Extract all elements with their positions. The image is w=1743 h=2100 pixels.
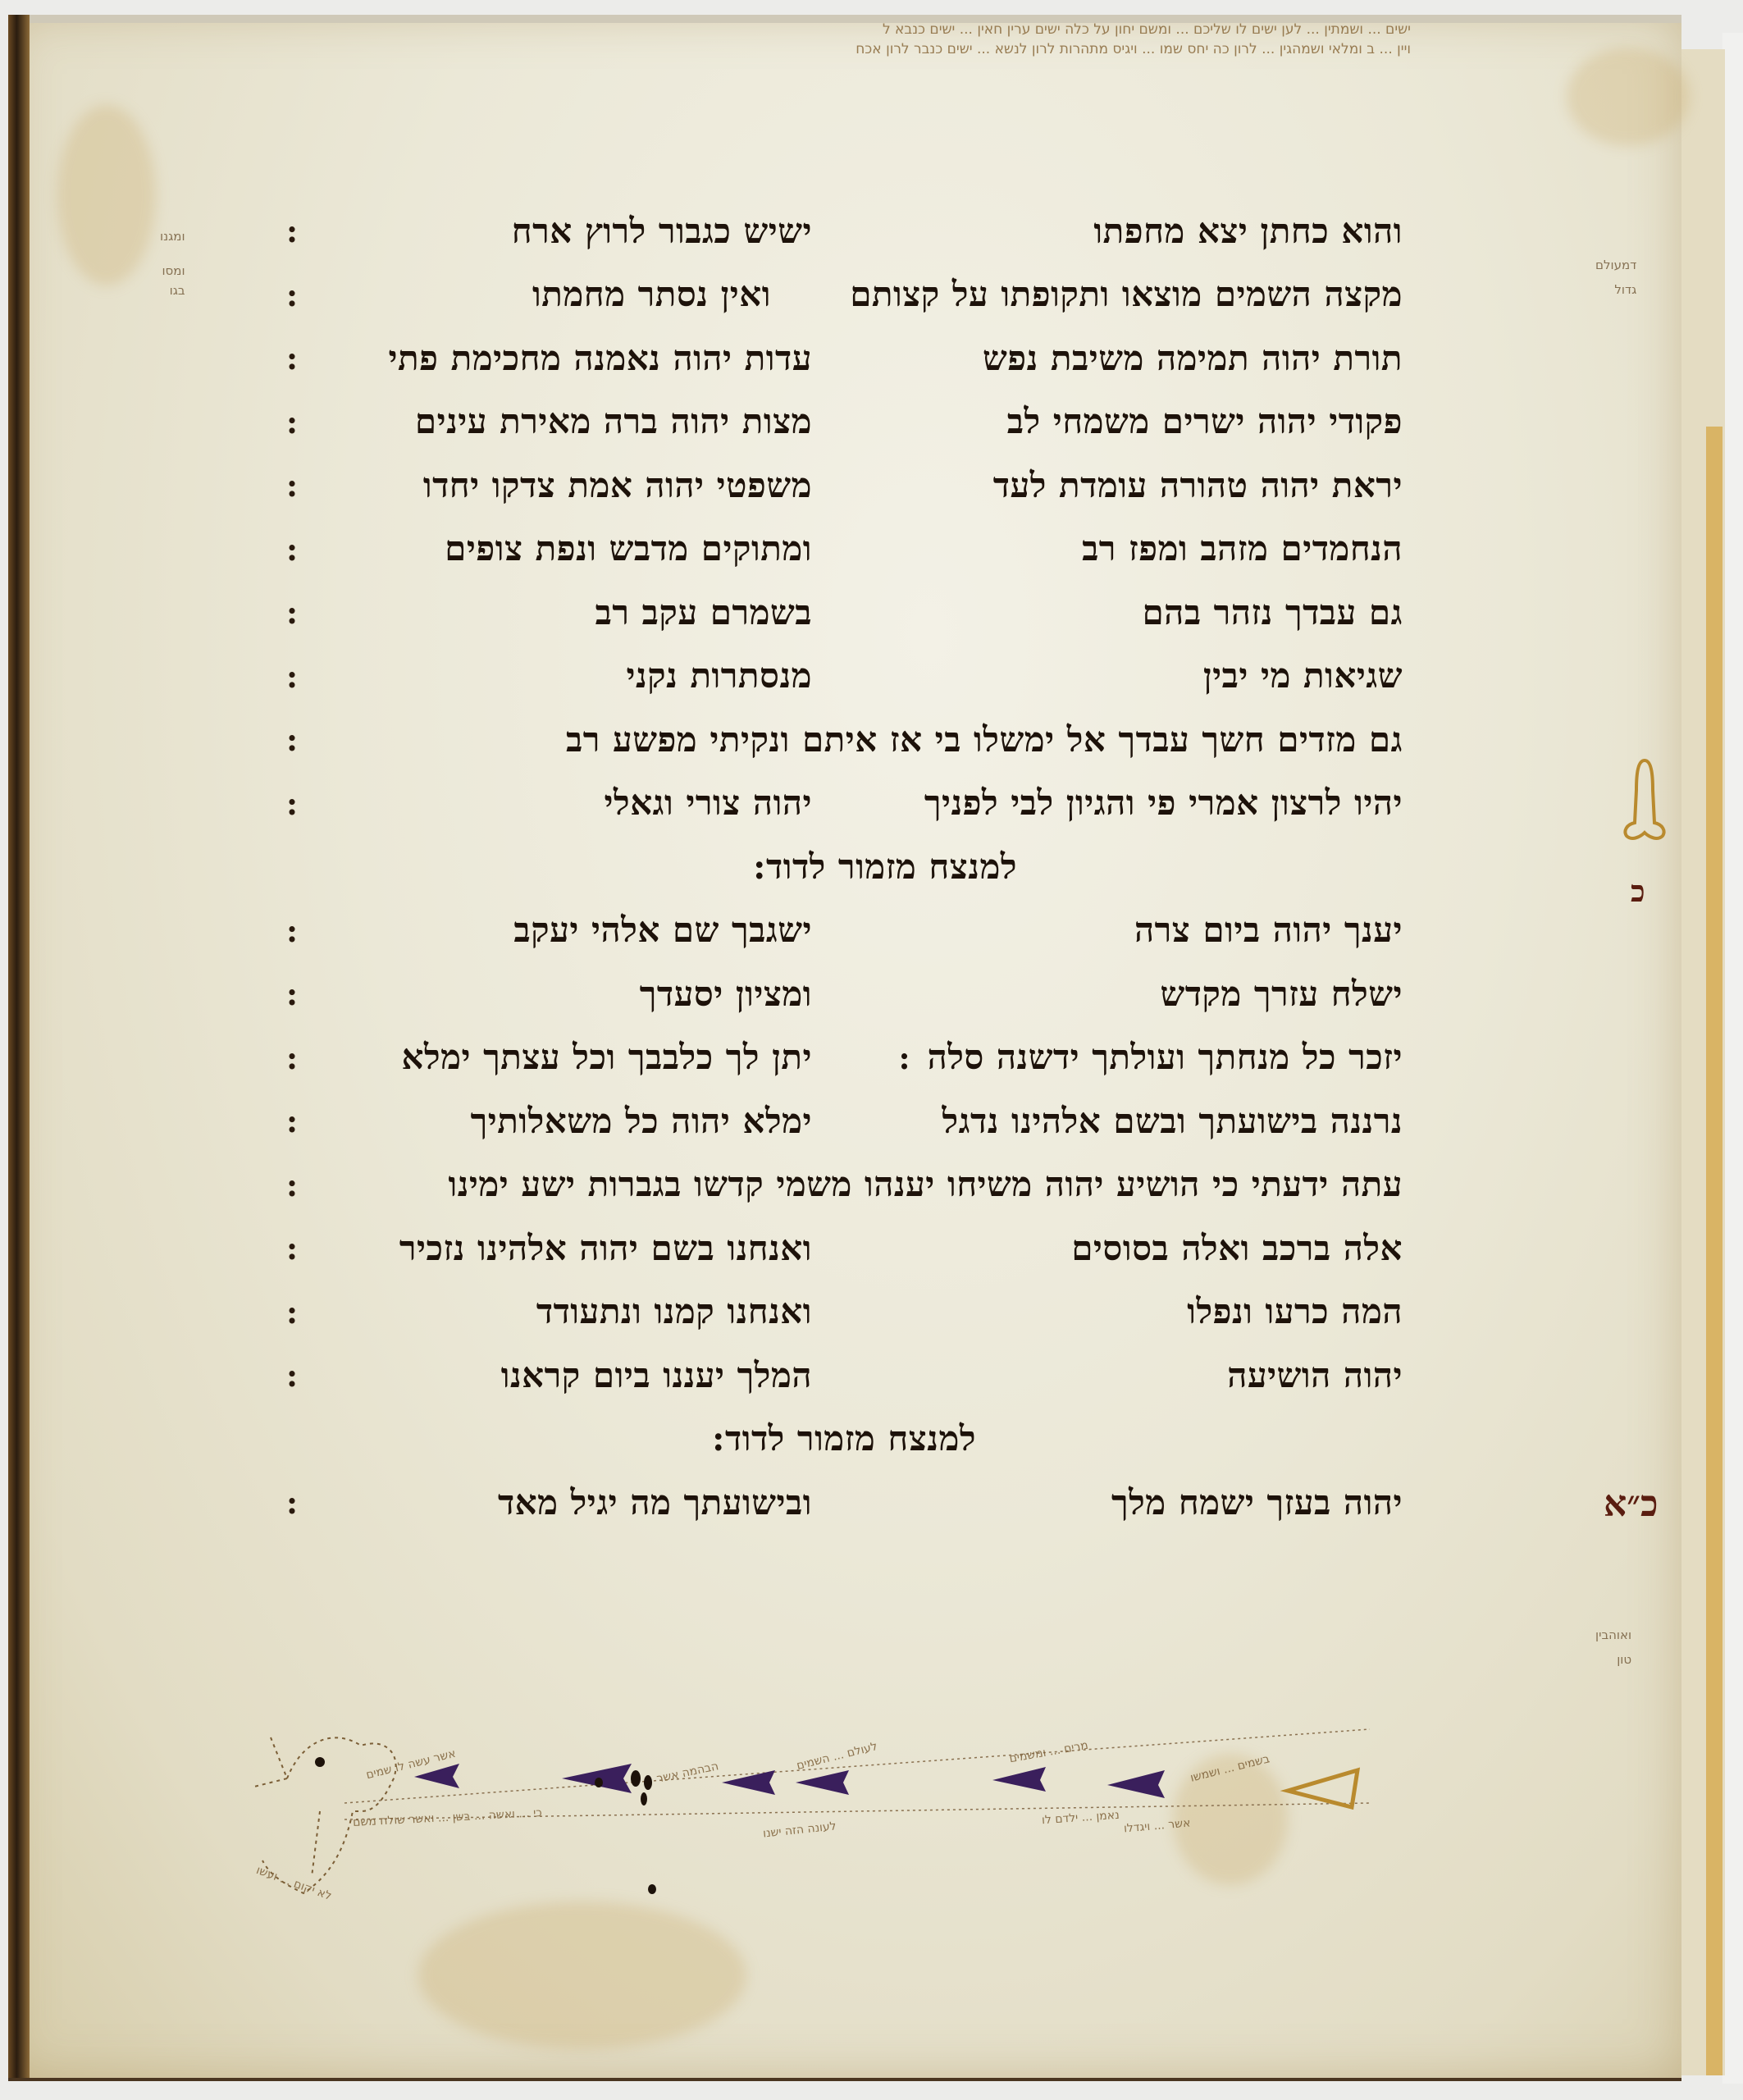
verse-hemistich-right: יענך יהוה ביום צרה: [1134, 910, 1403, 951]
psalm-heading: למנצח מזמור לדוד:: [291, 1408, 1403, 1472]
verse-hemistich-left: בשמרם עקב רב: [595, 592, 812, 633]
verse-hemistich-left: מצות יהוה ברה מאירת עינים: [415, 401, 812, 442]
verse-hemistich-left: ובישועתך מה יגיל מאד: [498, 1482, 812, 1523]
margin-note: גדול: [1595, 277, 1636, 302]
verse-hemistich-left: מנסתרות נקני: [627, 655, 812, 696]
sof-pasuq: :: [286, 721, 299, 758]
verse-hemistich-right: יהוה בעזך ישמח מלך: [1111, 1482, 1403, 1523]
sof-pasuq: :: [286, 531, 299, 568]
gold-psalm-ornament-icon: [1620, 757, 1669, 856]
psalm-title: למנצח מזמור לדוד:: [753, 847, 1017, 888]
margin-note: טון: [1595, 1647, 1631, 1672]
verse-line: והוא כחתן יצא מחפתו ישיש כגבור לרוץ ארח …: [291, 199, 1403, 263]
sof-pasuq: :: [286, 1039, 299, 1076]
psalm-number-20: כ: [1631, 874, 1645, 909]
verse-hemistich-right: ישלח עזרך מקדש: [1160, 974, 1403, 1015]
verse-line: יזכר כל מנחתך ועולתך ידשנה סלה : יתן לך …: [291, 1026, 1403, 1090]
page-edge-gilt: [1706, 427, 1722, 2075]
verse-hemistich-left: יתן לך כלבבך וכל עצתך ימלא: [402, 1037, 812, 1078]
binding-spine: [8, 15, 30, 2078]
sof-pasuq: :: [286, 467, 299, 504]
masorah-parva-right-upper: דמעולם גדול: [1595, 253, 1636, 302]
masorah-line: ישים ... ושמתין ... לען ישים לו שליכם ..…: [303, 20, 1411, 39]
verse-hemistich-left: ישגבך שם אלהי יעקב: [513, 910, 812, 951]
verse-full-line: גם מזדים חשך עבדך אל ימשלו בי אז איתם ונ…: [566, 719, 1403, 760]
verse-hemistich-left: ואנחנו בשם יהוה אלהינו נזכיר: [399, 1228, 812, 1269]
background-right: [1722, 33, 1743, 2084]
verse-hemistich-right: יראת יהוה טהורה עומדת לעד: [993, 465, 1403, 506]
verse-line: יהוה בעזך ישמח מלך ובישועתך מה יגיל מאד …: [291, 1471, 1403, 1535]
verse-hemistich-left: ואין נסתר מחמתו: [532, 274, 771, 315]
verse-hemistich-left: יהוה צורי וגאלי: [605, 783, 812, 824]
sof-pasuq: :: [286, 1166, 299, 1203]
sof-pasuq: :: [286, 1294, 299, 1331]
masorah-line: ויין ... ב ומלאי ושמהגין ... לרון כה יחס…: [303, 39, 1411, 59]
main-text-block: והוא כחתן יצא מחפתו ישיש כגבור לרוץ ארח …: [291, 199, 1403, 1535]
sof-pasuq: :: [286, 785, 299, 822]
verse-line: עתה ידעתי כי הושיע יהוה משיחו יענהו משמי…: [291, 1153, 1403, 1217]
verse-hemistich-right: שגיאות מי יבין: [1203, 655, 1403, 696]
verse-hemistich-left: ישיש כגבור לרוץ ארח: [512, 211, 812, 252]
verse-line: פקודי יהוה ישרים משמחי לב מצות יהוה ברה …: [291, 390, 1403, 454]
sof-pasuq: :: [286, 340, 299, 377]
stain: [1567, 48, 1690, 146]
verse-hemistich-right: והוא כחתן יצא מחפתו: [1093, 211, 1403, 252]
verse-line: יענך יהוה ביום צרה ישגבך שם אלהי יעקב :: [291, 899, 1403, 963]
verse-hemistich-right: יהיו לרצון אמרי פי והגיון לבי לפניך: [924, 783, 1403, 824]
verse-full-line: עתה ידעתי כי הושיע יהוה משיחו יענהו משמי…: [448, 1164, 1403, 1205]
verse-line: ישלח עזרך מקדש ומציון יסעדך :: [291, 962, 1403, 1026]
sof-pasuq: :: [286, 594, 299, 631]
verse-line: שגיאות מי יבין מנסתרות נקני :: [291, 645, 1403, 709]
margin-note: ומסו: [160, 261, 185, 281]
verse-hemistich-right: אלה ברכב ואלה בסוסים: [1071, 1228, 1403, 1269]
micrography-decoration: אשר עשה לו שמים כי ... ואשה ... בשן ... …: [221, 1688, 1452, 1934]
psalm-number-21: כ״א: [1604, 1483, 1658, 1525]
masorah-parva-right-lower: ואוהבין טון: [1595, 1623, 1631, 1672]
verse-hemistich-right: המה כרעו ונפלו: [1187, 1291, 1403, 1332]
verse-line: יהוה הושיעה המלך יעננו ביום קראנו :: [291, 1344, 1403, 1408]
verse-hemistich-right: הנחמדים מזהב ומפז רב: [1082, 528, 1403, 569]
verse-hemistich-right: גם עבדך נזהר בהם: [1142, 592, 1403, 633]
verse-hemistich-left: ומציון יסעדך: [640, 974, 812, 1015]
verse-hemistich-left: משפטי יהוה אמת צדקו יחדו: [423, 465, 812, 506]
verse-line: הנחמדים מזהב ומפז רב ומתוקים מדבש ונפת צ…: [291, 518, 1403, 582]
sof-pasuq: :: [286, 658, 299, 695]
verse-hemistich-right: יזכר כל מנחתך ועולתך ידשנה סלה: [928, 1037, 1403, 1078]
psalm-heading: למנצח מזמור לדוד:: [291, 835, 1403, 899]
verse-hemistich-right: נרננה בישועתך ובשם אלהינו נדגל: [942, 1101, 1403, 1142]
sof-pasuq: :: [286, 404, 299, 441]
sof-pasuq: :: [286, 912, 299, 949]
stain: [57, 105, 156, 285]
manuscript-page: ישים ... ושמתין ... לען ישים לו שליכם ..…: [8, 15, 1681, 2081]
sof-pasuq: :: [286, 276, 299, 313]
sof-pasuq: :: [286, 1484, 299, 1521]
margin-note: דמעולם: [1595, 253, 1636, 277]
verse-line: המה כרעו ונפלו ואנחנו קמנו ונתעודד :: [291, 1281, 1403, 1344]
sof-pasuq: :: [286, 1102, 299, 1139]
verse-hemistich-right: תורת יהוה תמימה משיבת נפש: [983, 338, 1403, 379]
sof-pasuq: :: [898, 1039, 910, 1076]
verse-line: אלה ברכב ואלה בסוסים ואנחנו בשם יהוה אלה…: [291, 1217, 1403, 1281]
verse-line: גם מזדים חשך עבדך אל ימשלו בי אז איתם ונ…: [291, 708, 1403, 772]
psalm-title: למנצח מזמור לדוד:: [712, 1418, 976, 1459]
masorah-magna-top: ישים ... ושמתין ... לען ישים לו שליכם ..…: [303, 20, 1411, 59]
verse-hemistich-left: המלך יעננו ביום קראנו: [501, 1355, 812, 1396]
verse-line: יהיו לרצון אמרי פי והגיון לבי לפניך יהוה…: [291, 772, 1403, 836]
sof-pasuq: :: [286, 212, 299, 249]
margin-note: בגו: [160, 281, 185, 300]
verse-line: גם עבדך נזהר בהם בשמרם עקב רב :: [291, 581, 1403, 645]
verse-hemistich-right: יהוה הושיעה: [1227, 1355, 1403, 1396]
verse-hemistich-right: פקודי יהוה ישרים משמחי לב: [1007, 401, 1403, 442]
verse-hemistich-left: ומתוקים מדבש ונפת צופים: [445, 528, 812, 569]
verse-line: תורת יהוה תמימה משיבת נפש עדות יהוה נאמנ…: [291, 326, 1403, 390]
micrography-bird-arrows-icon: [221, 1688, 1452, 1934]
sof-pasuq: :: [286, 1357, 299, 1394]
margin-note: ואוהבין: [1595, 1623, 1631, 1647]
verse-line: נרננה בישועתך ובשם אלהינו נדגל ימלא יהוה…: [291, 1089, 1403, 1153]
sof-pasuq: :: [286, 1230, 299, 1267]
verse-hemistich-left: עדות יהוה נאמנה מחכימת פתי: [388, 338, 812, 379]
verse-hemistich-left: ימלא יהוה כל משאלותיך: [471, 1101, 812, 1142]
sof-pasuq: :: [286, 975, 299, 1012]
margin-note: ומגנו: [160, 226, 185, 246]
verse-hemistich-right: מקצה השמים מוצאו ותקופתו על קצותם: [850, 274, 1403, 315]
verse-hemistich-left: ואנחנו קמנו ונתעודד: [536, 1291, 812, 1332]
verse-line: יראת יהוה טהורה עומדת לעד משפטי יהוה אמת…: [291, 454, 1403, 518]
verse-line: מקצה השמים מוצאו ותקופתו על קצותם ואין נ…: [291, 263, 1403, 327]
masorah-parva-left: ומגנו ומסו בגו: [160, 226, 185, 300]
